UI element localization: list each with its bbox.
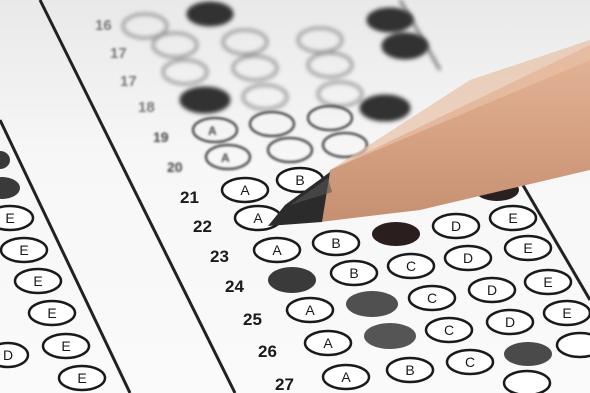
svg-text:A: A (240, 182, 250, 198)
svg-text:17: 17 (120, 73, 137, 90)
svg-text:A: A (341, 369, 351, 385)
svg-text:D: D (451, 218, 461, 234)
svg-text:D: D (463, 250, 473, 266)
svg-text:E: E (523, 240, 532, 256)
svg-text:20: 20 (167, 159, 183, 175)
svg-text:C: C (406, 258, 416, 274)
svg-text:E: E (47, 305, 56, 321)
svg-text:E: E (19, 242, 28, 258)
svg-text:16: 16 (95, 17, 112, 34)
svg-text:26: 26 (258, 342, 277, 361)
svg-text:E: E (508, 210, 517, 226)
svg-text:22: 22 (193, 217, 212, 236)
svg-text:E: E (543, 274, 552, 290)
blurred-rows (123, 3, 427, 120)
svg-text:D: D (3, 347, 13, 363)
svg-text:B: B (331, 235, 340, 251)
svg-text:A: A (221, 151, 230, 165)
svg-text:E: E (61, 338, 70, 354)
svg-text:A: A (253, 210, 263, 226)
svg-text:B: B (405, 362, 414, 378)
svg-text:A: A (272, 242, 282, 258)
svg-text:E: E (77, 370, 86, 386)
svg-text:23: 23 (210, 247, 229, 266)
svg-text:C: C (427, 290, 437, 306)
svg-text:27: 27 (275, 375, 294, 393)
svg-text:18: 18 (138, 99, 155, 116)
svg-text:C: C (444, 322, 454, 338)
answer-sheet-illustration: 16 17 17 18 19 20 A A 21 22 23 24 25 2 (0, 0, 590, 393)
svg-text:B: B (295, 172, 304, 188)
rows-mid (193, 106, 367, 169)
svg-text:19: 19 (153, 129, 169, 145)
svg-text:E: E (5, 210, 14, 226)
answer-sheet-photo: 16 17 17 18 19 20 A A 21 22 23 24 25 2 (0, 0, 590, 393)
svg-text:B: B (349, 265, 358, 281)
svg-text:A: A (208, 124, 217, 138)
svg-text:21: 21 (180, 188, 199, 207)
svg-text:D: D (505, 314, 515, 330)
pencil (268, 40, 590, 226)
svg-text:E: E (33, 273, 42, 289)
svg-text:24: 24 (225, 277, 244, 296)
svg-text:17: 17 (110, 45, 127, 62)
svg-text:A: A (305, 302, 315, 318)
svg-text:C: C (465, 354, 475, 370)
svg-text:25: 25 (243, 310, 262, 329)
svg-text:A: A (323, 335, 333, 351)
svg-text:E: E (562, 305, 571, 321)
svg-text:D: D (487, 282, 497, 298)
